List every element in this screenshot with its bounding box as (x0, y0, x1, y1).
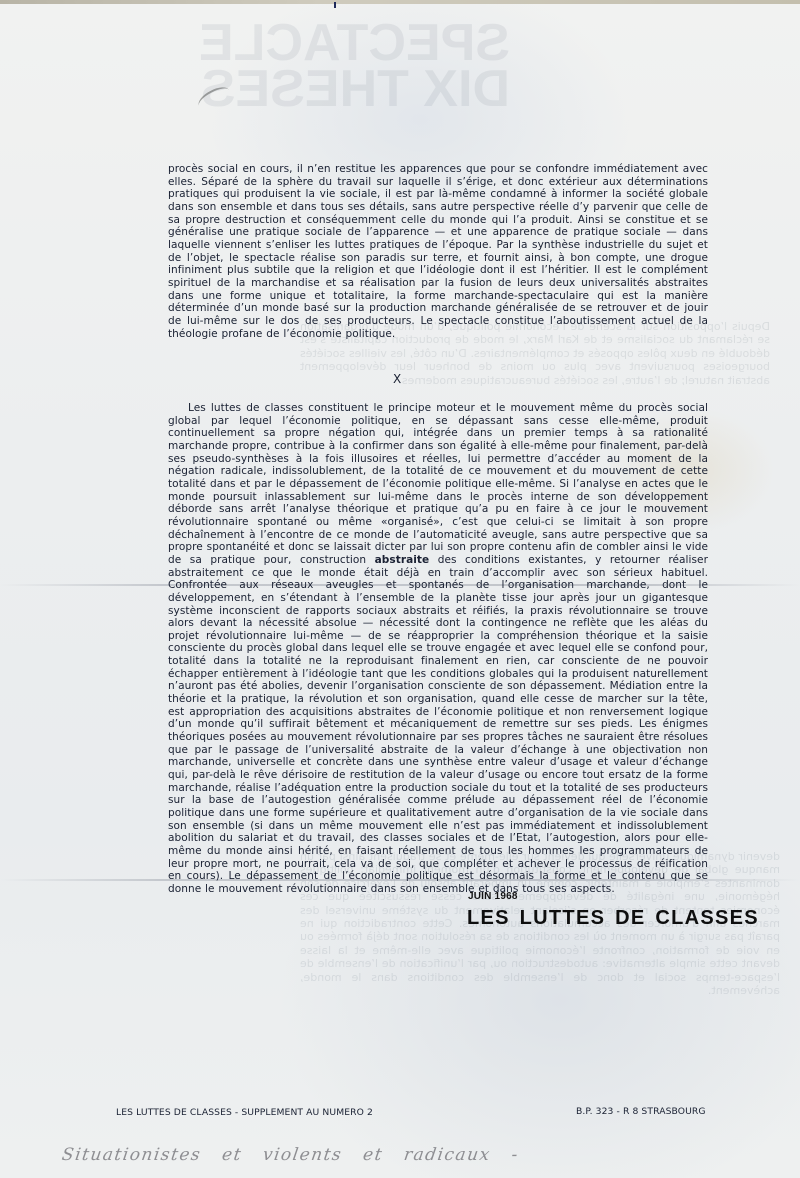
body-paragraph-1: procès social en cours, il n’en restitue… (168, 163, 708, 340)
section-marker: X (393, 372, 401, 386)
body-paragraph-2: Les luttes de classes constituent le pri… (168, 402, 708, 896)
footer-publication: LES LUTTES DE CLASSES - SUPPLEMENT AU NU… (116, 1107, 373, 1118)
bleed-through-title: SPECTACLE DIX THESES (190, 20, 510, 160)
paragraph-2-text: Les luttes de classes constituent le pri… (168, 402, 708, 566)
document-page: SPECTACLE DIX THESES Depuis l’opposition… (0, 0, 800, 1178)
signature-title: LES LUTTES DE CLASSES (467, 907, 759, 930)
handwritten-note: Situationistes et violents et radicaux - (61, 1145, 521, 1165)
paragraph-2-text: des conditions existantes, y retourner r… (168, 554, 708, 895)
ink-mark (334, 2, 336, 8)
footer-address: B.P. 323 - R 8 STRASBOURG (576, 1106, 706, 1117)
emphasis-abstraite: abstraite (375, 554, 430, 566)
publication-date: JUIN 1968 (468, 891, 518, 902)
paper-top-edge (0, 0, 800, 4)
